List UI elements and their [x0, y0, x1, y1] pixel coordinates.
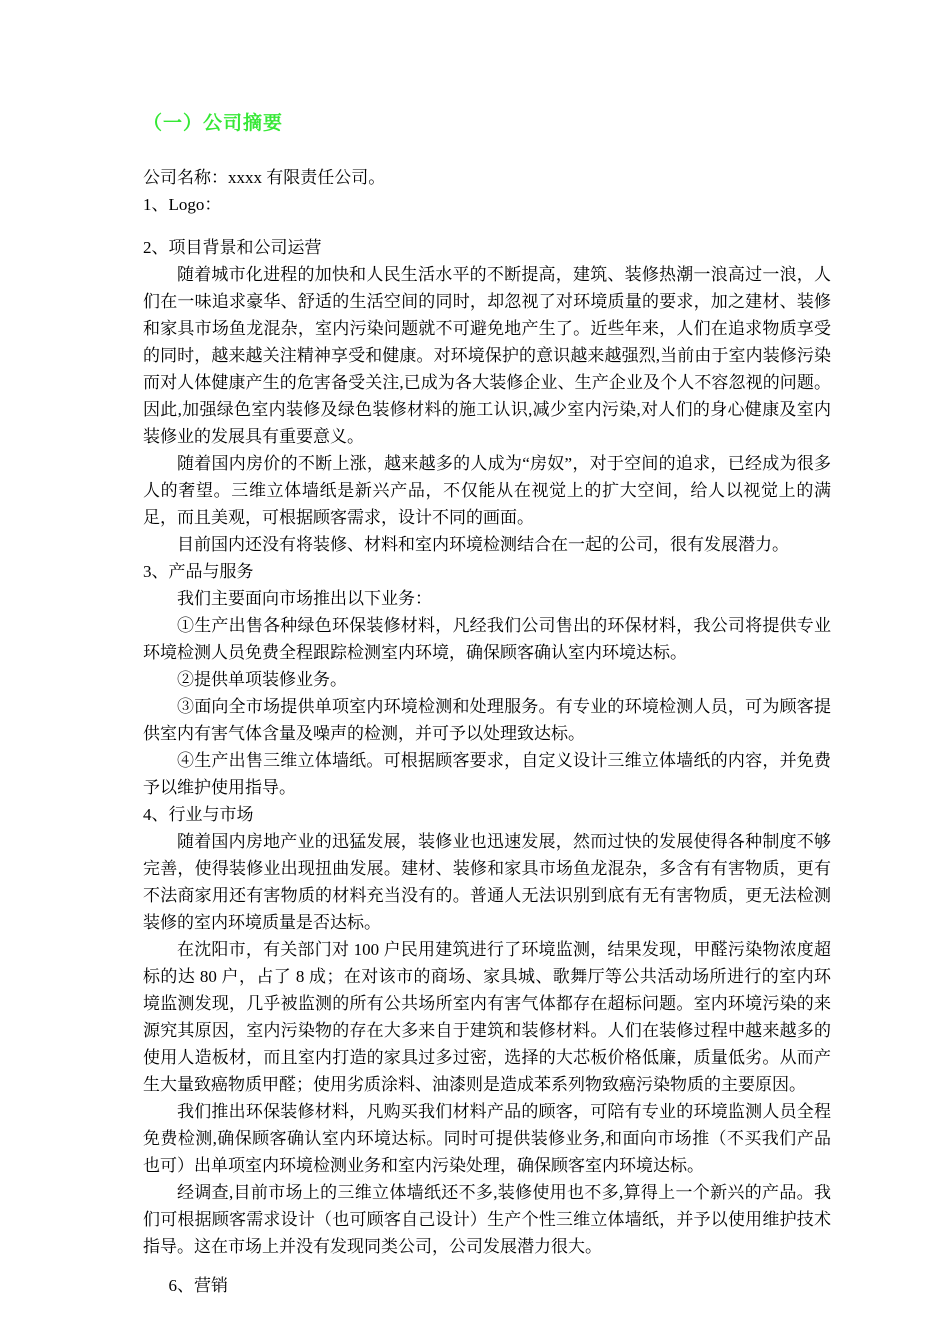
paragraph: ③面向全市场提供单项室内环境检测和处理服务。有专业的环境检测人员，可为顾客提供室…	[143, 693, 831, 747]
paragraph: 2、项目背景和公司运营	[143, 234, 831, 261]
paragraph: 1、Logo：	[143, 191, 831, 218]
paragraph: ①生产出售各种绿色环保装修材料，凡经我们公司售出的环保材料，我公司将提供专业环境…	[143, 612, 831, 666]
paragraph: 随着国内房地产业的迅猛发展，装修业也迅速发展，然而过快的发展使得各种制度不够完善…	[143, 828, 831, 936]
paragraph: 在沈阳市，有关部门对 100 户民用建筑进行了环境监测，结果发现，甲醛污染物浓度…	[143, 936, 831, 1098]
section-heading: （一）公司摘要	[143, 110, 831, 138]
paragraph: 随着国内房价的不断上涨，越来越多的人成为“房奴”，对于空间的追求，已经成为很多人…	[143, 450, 831, 531]
paragraph: 3、产品与服务	[143, 558, 831, 585]
paragraph: 随着城市化进程的加快和人民生活水平的不断提高，建筑、装修热潮一浪高过一浪，人们在…	[143, 261, 831, 450]
paragraph: ④生产出售三维立体墙纸。可根据顾客要求，自定义设计三维立体墙纸的内容，并免费予以…	[143, 747, 831, 801]
paragraph: 目前国内还没有将装修、材料和室内环境检测结合在一起的公司，很有发展潜力。	[143, 531, 831, 558]
document-body: 公司名称：xxxx 有限责任公司。1、Logo：2、项目背景和公司运营随着城市化…	[143, 138, 831, 1299]
paragraph: 公司名称：xxxx 有限责任公司。	[143, 164, 831, 191]
spacer	[143, 138, 831, 164]
paragraph: 6、营销	[143, 1272, 831, 1299]
spacer	[143, 218, 831, 234]
paragraph: 4、行业与市场	[143, 801, 831, 828]
document-page: （一）公司摘要 公司名称：xxxx 有限责任公司。1、Logo：2、项目背景和公…	[0, 0, 950, 1344]
paragraph: 我们推出环保装修材料，凡购买我们材料产品的顾客，可陪有专业的环境监测人员全程免费…	[143, 1098, 831, 1179]
spacer	[143, 1260, 831, 1272]
document-content: （一）公司摘要 公司名称：xxxx 有限责任公司。1、Logo：2、项目背景和公…	[143, 110, 831, 1299]
paragraph: ②提供单项装修业务。	[143, 666, 831, 693]
paragraph: 经调查,目前市场上的三维立体墙纸还不多,装修使用也不多,算得上一个新兴的产品。我…	[143, 1179, 831, 1260]
paragraph: 我们主要面向市场推出以下业务：	[143, 585, 831, 612]
